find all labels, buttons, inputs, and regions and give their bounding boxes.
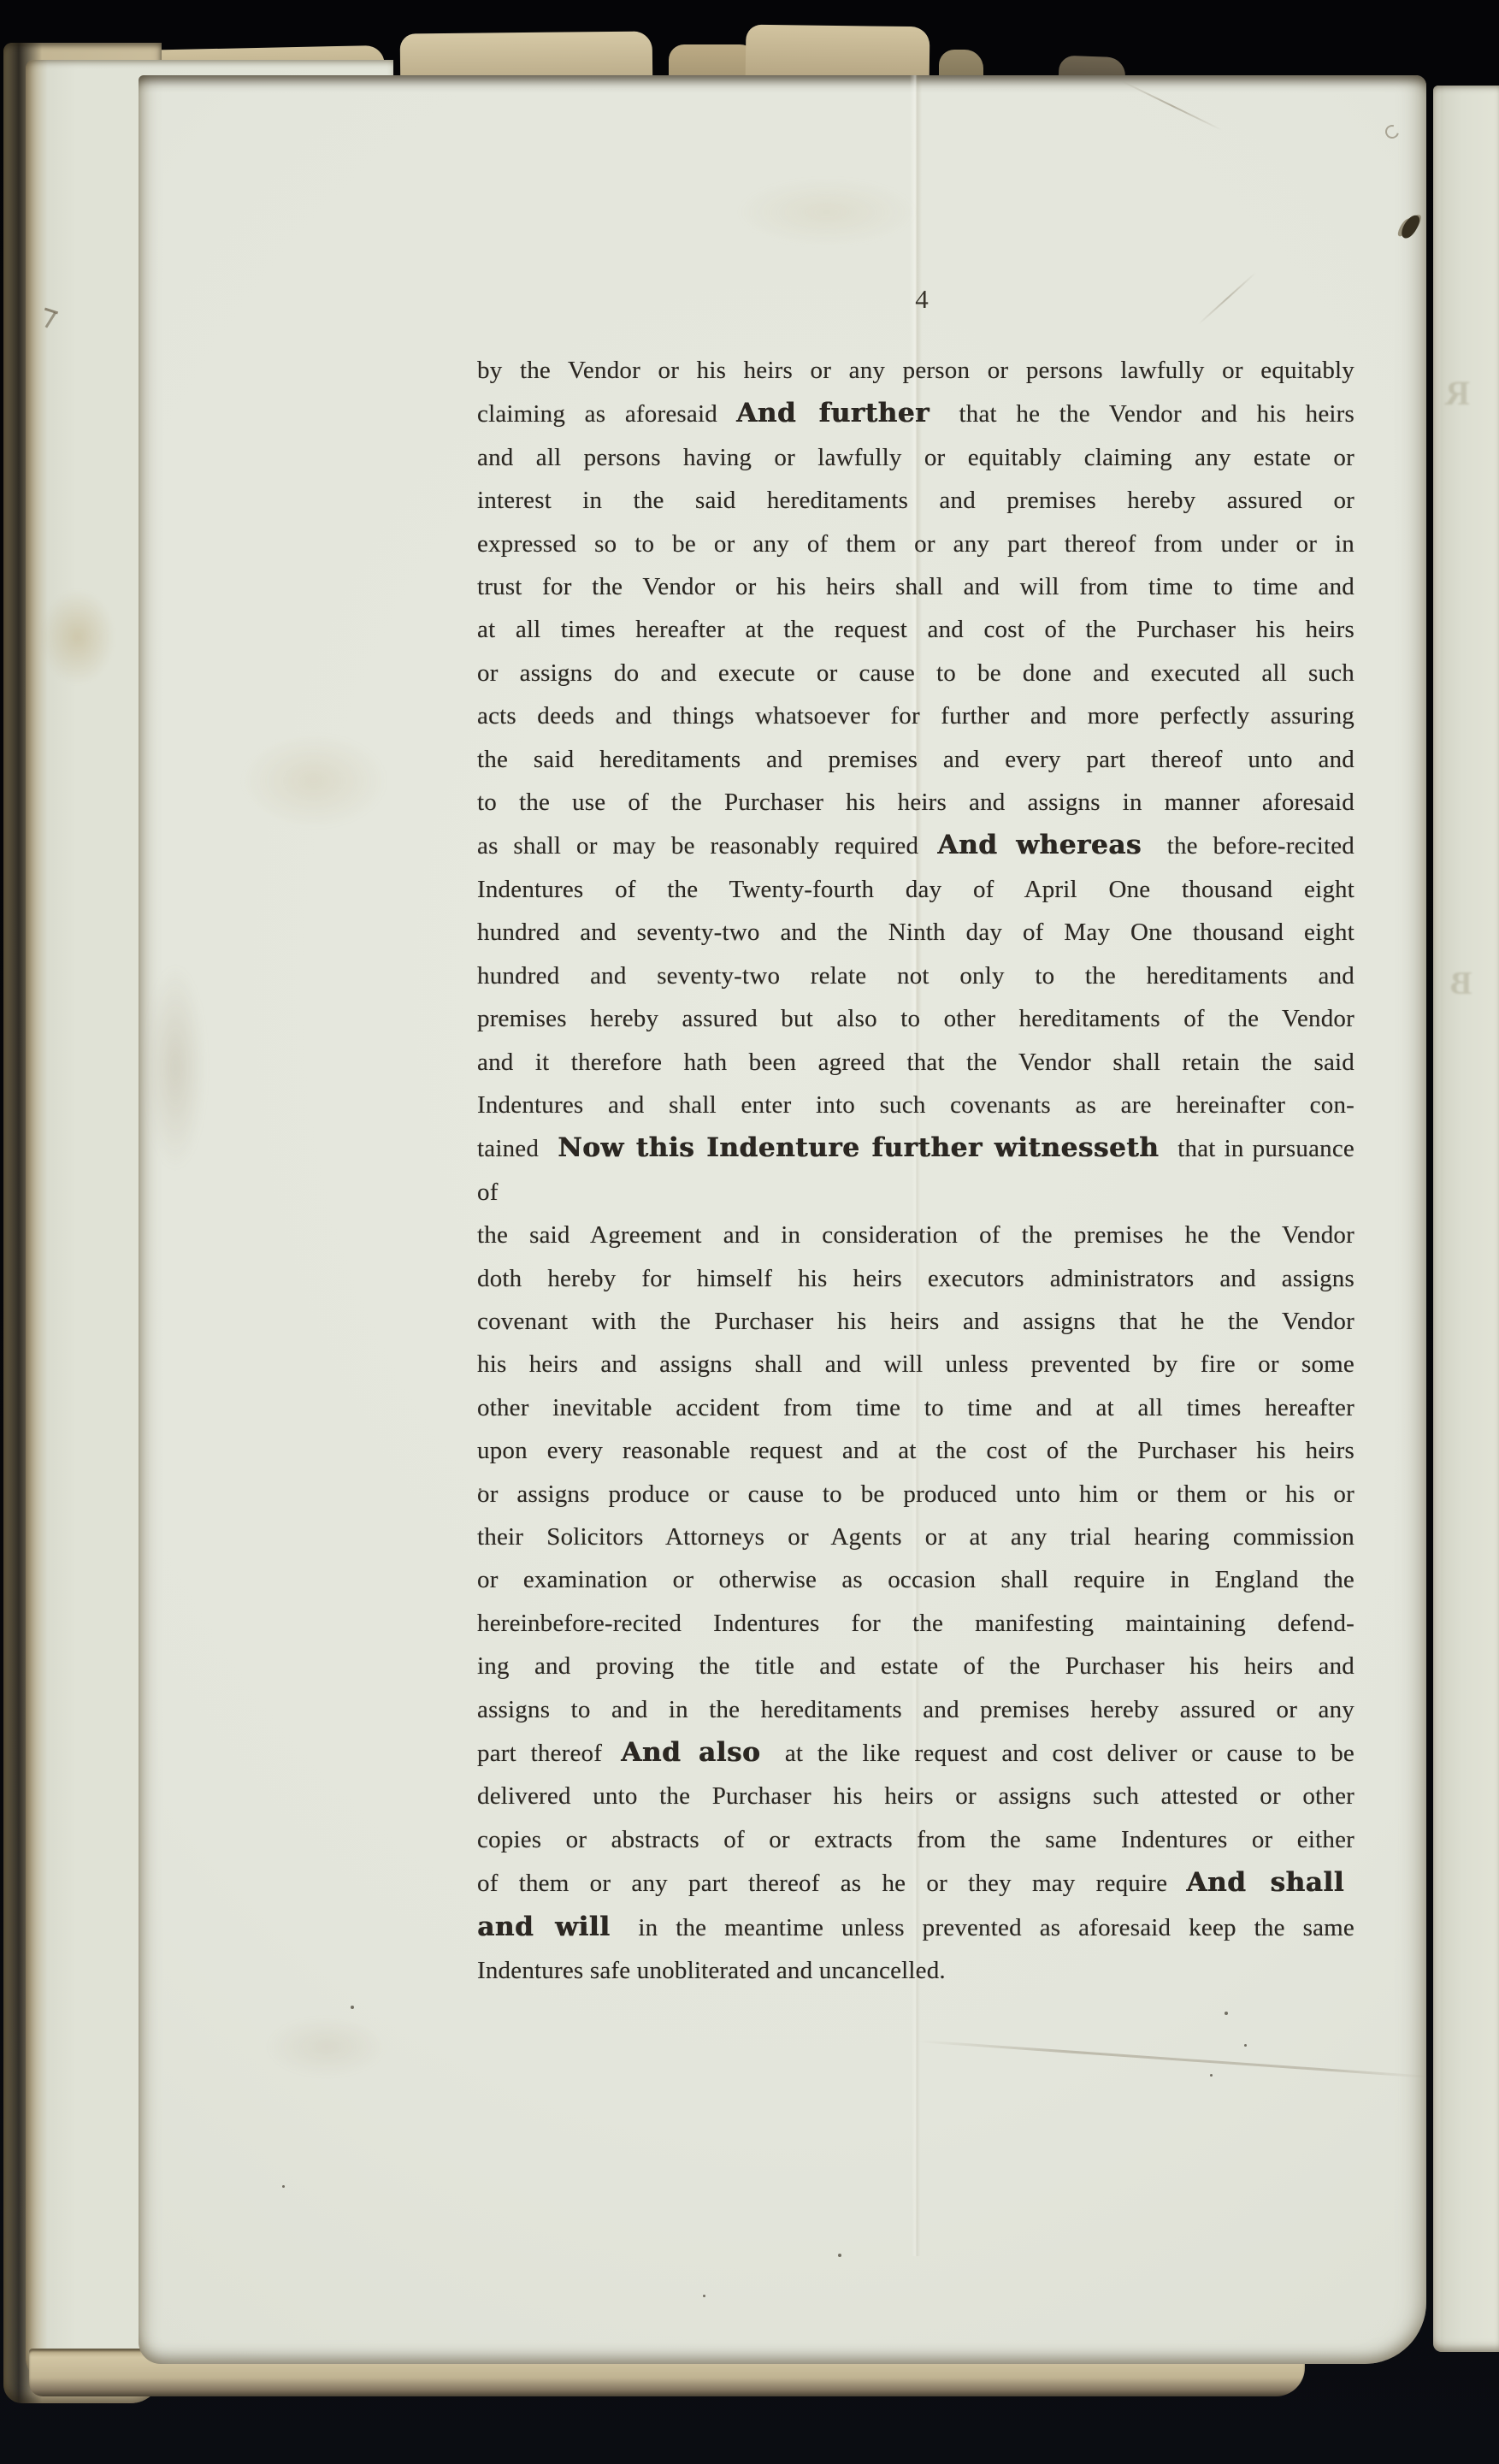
text-segment: hundred and seventy-two relate not only … <box>477 962 1354 990</box>
text-line: their Solicitors Attorneys or Agents or … <box>477 1516 1354 1558</box>
show-through-letter: R <box>1445 373 1470 413</box>
next-leaf-edge: R B <box>1433 86 1499 2352</box>
ink-speck <box>1225 2012 1228 2015</box>
ink-speck <box>282 2185 285 2188</box>
text-segment: by the Vendor or his heirs or any person… <box>477 357 1354 384</box>
text-line: upon every reasonable request and at the… <box>477 1429 1354 1472</box>
text-segment: the said hereditaments and premises and … <box>477 746 1354 773</box>
text-segment: Indentures and shall enter into such cov… <box>477 1091 1354 1119</box>
ink-blot <box>1399 212 1422 241</box>
text-segment: at all times hereafter at the request an… <box>477 616 1354 643</box>
ink-speck <box>703 2295 705 2297</box>
text-line: other inevitable accident from time to t… <box>477 1386 1354 1429</box>
text-segment: claiming as aforesaid <box>477 400 717 428</box>
text-segment: Indentures of the Twenty-fourth day of A… <box>477 876 1354 903</box>
text-segment: the before-recited <box>1152 832 1354 860</box>
blackletter-phrase: and will <box>477 1912 610 1942</box>
text-line: acts deeds and things whatsoever for fur… <box>477 694 1354 737</box>
text-line: assigns to and in the hereditaments and … <box>477 1688 1354 1731</box>
show-through-letter: B <box>1450 965 1472 1002</box>
diagonal-crease <box>918 2040 1430 2078</box>
text-segment: premises hereby assured but also to othe… <box>477 1005 1354 1032</box>
paper-stain <box>737 178 917 246</box>
text-segment: or examination or otherwise as occasion … <box>477 1566 1354 1593</box>
text-line: delivered unto the Purchaser his heirs o… <box>477 1775 1354 1817</box>
scratch-mark <box>1198 272 1256 325</box>
text-segment: as shall or may be reasonably required <box>477 832 918 860</box>
text-line: ing and proving the title and estate of … <box>477 1645 1354 1687</box>
text-line: at all times hereafter at the request an… <box>477 608 1354 651</box>
text-segment: at the like request and cost deliver or … <box>770 1740 1354 1767</box>
text-segment: copies or abstracts of or extracts from … <box>477 1826 1354 1853</box>
text-segment: tained <box>477 1135 539 1162</box>
blackletter-phrase: And also <box>621 1737 760 1768</box>
text-segment: covenant with the Purchaser his heirs an… <box>477 1308 1354 1335</box>
text-line: by the Vendor or his heirs or any person… <box>477 349 1354 392</box>
text-segment: part thereof <box>477 1740 602 1767</box>
text-line: hereinbefore-recited Indentures for the … <box>477 1602 1354 1645</box>
text-line: Indentures and shall enter into such cov… <box>477 1084 1354 1126</box>
paper-stain <box>41 590 115 684</box>
text-line: and will in the meantime unless prevente… <box>477 1906 1354 1949</box>
ink-speck <box>1244 2044 1247 2047</box>
blackletter-phrase: And further <box>736 398 929 428</box>
document-page: 4 by the Vendor or his heirs or any pers… <box>139 75 1426 2364</box>
ink-speck <box>1210 2074 1213 2077</box>
blackletter-phrase: And shall <box>1186 1867 1344 1898</box>
text-segment: that he the Vendor and his heirs <box>940 400 1354 428</box>
text-segment: his heirs and assigns shall and will unl… <box>477 1350 1354 1378</box>
text-line: trust for the Vendor or his heirs shall … <box>477 565 1354 608</box>
text-line: as shall or may be reasonably requiredAn… <box>477 824 1354 867</box>
text-segment: expressed so to be or any of them or any… <box>477 530 1354 558</box>
text-line: part thereofAnd also at the like request… <box>477 1731 1354 1775</box>
text-line: hundred and seventy-two and the Ninth da… <box>477 911 1354 954</box>
text-line: covenant with the Purchaser his heirs an… <box>477 1300 1354 1343</box>
text-segment: their Solicitors Attorneys or Agents or … <box>477 1523 1354 1551</box>
text-segment: and all persons having or lawfully or eq… <box>477 444 1354 471</box>
text-line: the said Agreement and in consideration … <box>477 1214 1354 1256</box>
text-segment: doth hereby for himself his heirs execut… <box>477 1265 1354 1292</box>
text-line: and all persons having or lawfully or eq… <box>477 436 1354 479</box>
text-line: expressed so to be or any of them or any… <box>477 523 1354 565</box>
book-scan: R B 4 by the Vendor or his heirs or any … <box>0 0 1499 2464</box>
paper-stain <box>145 965 205 1170</box>
text-line: the said hereditaments and premises and … <box>477 738 1354 781</box>
text-line: or examination or otherwise as occasion … <box>477 1558 1354 1601</box>
small-curved-mark <box>1383 122 1402 141</box>
blackletter-phrase: Now this Indenture further witnesseth <box>558 1132 1159 1163</box>
text-segment: hundred and seventy-two and the Ninth da… <box>477 919 1354 946</box>
text-line: doth hereby for himself his heirs execut… <box>477 1257 1354 1300</box>
text-segment: or assigns do and execute or cause to be… <box>477 659 1354 687</box>
blackletter-phrase: And whereas <box>937 830 1142 860</box>
text-line: Indentures of the Twenty-fourth day of A… <box>477 868 1354 911</box>
text-line: and it therefore hath been agreed that t… <box>477 1041 1354 1084</box>
text-segment: and it therefore hath been agreed that t… <box>477 1049 1354 1076</box>
text-line: premises hereby assured but also to othe… <box>477 997 1354 1040</box>
text-segment: upon every reasonable request and at the… <box>477 1437 1354 1464</box>
text-segment: or assigns produce or cause to be produc… <box>477 1480 1354 1508</box>
ink-speck <box>838 2254 841 2257</box>
text-segment: delivered unto the Purchaser his heirs o… <box>477 1782 1354 1810</box>
paper-stain <box>267 2017 387 2077</box>
text-line: or assigns produce or cause to be produc… <box>477 1473 1354 1516</box>
text-segment: to the use of the Purchaser his heirs an… <box>477 789 1354 816</box>
page-number: 4 <box>896 284 947 315</box>
text-segment: other inevitable accident from time to t… <box>477 1394 1354 1421</box>
text-segment: the said Agreement and in consideration … <box>477 1221 1354 1249</box>
text-segment: Indentures safe unobliterated and uncanc… <box>477 1957 946 1984</box>
text-segment: ing and proving the title and estate of … <box>477 1652 1354 1680</box>
text-line: hundred and seventy-two relate not only … <box>477 954 1354 997</box>
text-segment: interest in the said hereditaments and p… <box>477 487 1354 514</box>
scratch-mark <box>1121 80 1222 131</box>
text-segment: trust for the Vendor or his heirs shall … <box>477 573 1354 600</box>
text-segment: assigns to and in the hereditaments and … <box>477 1696 1354 1723</box>
text-line: Indentures safe unobliterated and uncanc… <box>477 1949 1354 1992</box>
text-line: copies or abstracts of or extracts from … <box>477 1818 1354 1861</box>
text-line: interest in the said hereditaments and p… <box>477 479 1354 522</box>
text-line: claiming as aforesaidAnd further that he… <box>477 392 1354 435</box>
text-block: by the Vendor or his heirs or any person… <box>477 349 1354 1992</box>
paper-stain <box>241 734 387 828</box>
ink-speck <box>351 2006 354 2009</box>
text-line: of them or any part thereof as he or the… <box>477 1861 1354 1905</box>
text-line: or assigns do and execute or cause to be… <box>477 652 1354 694</box>
text-line: to the use of the Purchaser his heirs an… <box>477 781 1354 824</box>
text-segment: acts deeds and things whatsoever for fur… <box>477 702 1354 730</box>
text-line: his heirs and assigns shall and will unl… <box>477 1343 1354 1386</box>
text-segment: hereinbefore-recited Indentures for the … <box>477 1610 1354 1637</box>
text-line: tainedNow this Indenture further witness… <box>477 1126 1354 1214</box>
text-segment: in the meantime unless prevented as afor… <box>620 1914 1354 1941</box>
pencil-smudge <box>44 308 58 315</box>
text-segment: of them or any part thereof as he or the… <box>477 1870 1167 1897</box>
